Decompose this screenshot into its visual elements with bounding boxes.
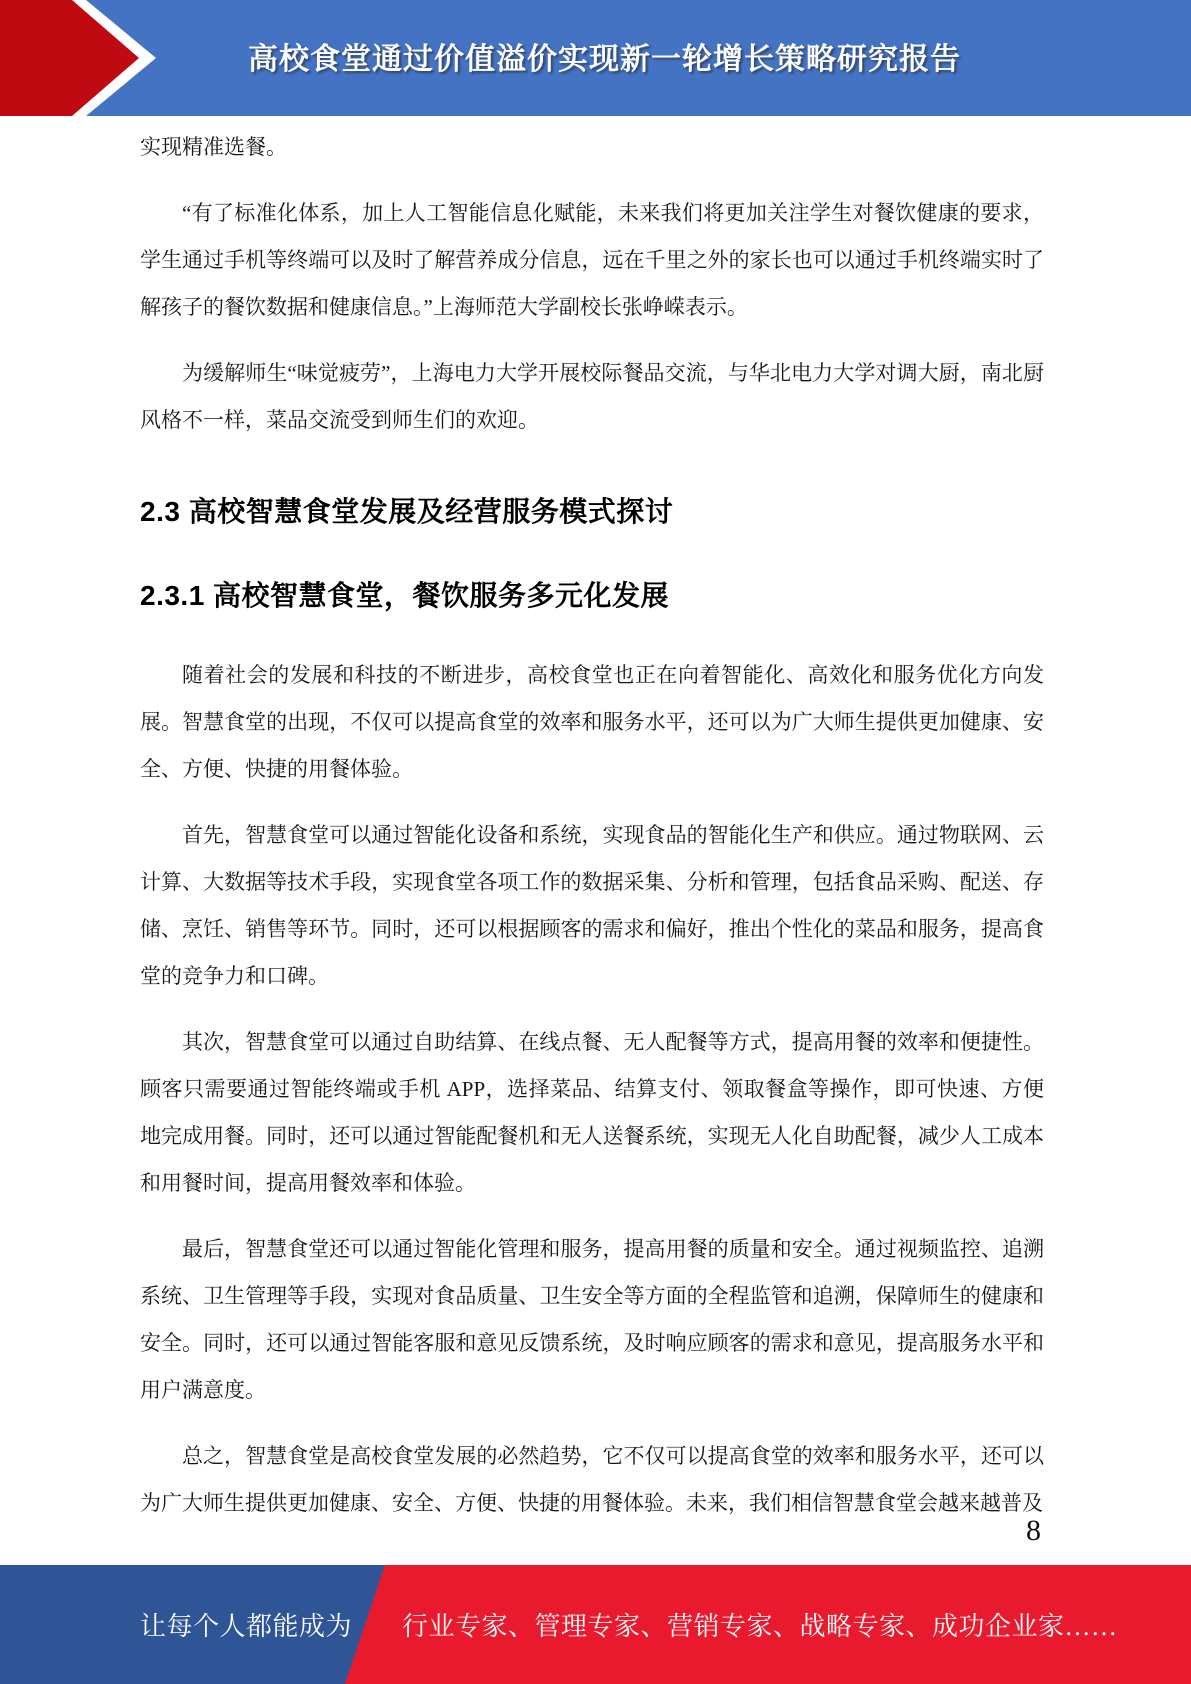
body-paragraph: 实现精准选餐。 — [140, 124, 1044, 171]
report-title: 高校食堂通过价值溢价实现新一轮增长策略研究报告 — [0, 0, 1191, 112]
body-paragraph: “有了标准化体系，加上人工智能信息化赋能，未来我们将更加关注学生对餐饮健康的要求… — [140, 190, 1044, 331]
document-body: 实现精准选餐。 “有了标准化体系，加上人工智能信息化赋能，未来我们将更加关注学生… — [140, 116, 1044, 1546]
footer-slogan-left: 让每个人都能成为 — [0, 1565, 352, 1684]
report-page: 高校食堂通过价值溢价实现新一轮增长策略研究报告 实现精准选餐。 “有了标准化体系… — [0, 0, 1191, 1684]
header-banner: 高校食堂通过价值溢价实现新一轮增长策略研究报告 — [0, 0, 1191, 116]
page-number: 8 — [1026, 1514, 1041, 1548]
body-paragraph: 首先，智慧食堂可以通过智能化设备和系统，实现食品的智能化生产和供应。通过物联网、… — [140, 812, 1044, 1000]
section-heading-2-3: 2.3 高校智慧食堂发展及经营服务模式探讨 — [140, 492, 1044, 532]
body-paragraph: 总之，智慧食堂是高校食堂发展的必然趋势，它不仅可以提高食堂的效率和服务水平，还可… — [140, 1433, 1044, 1527]
body-paragraph: 随着社会的发展和科技的不断进步，高校食堂也正在向着智能化、高效化和服务优化方向发… — [140, 652, 1044, 793]
footer-banner: 让每个人都能成为 行业专家、管理专家、营销专家、战略专家、成功企业家…… — [0, 1565, 1191, 1684]
body-paragraph: 为缓解师生“味觉疲劳”，上海电力大学开展校际餐品交流，与华北电力大学对调大厨，南… — [140, 350, 1044, 444]
footer-slogan-right: 行业专家、管理专家、营销专家、战略专家、成功企业家…… — [402, 1565, 1118, 1684]
subsection-heading-2-3-1: 2.3.1 高校智慧食堂，餐饮服务多元化发展 — [140, 576, 1044, 616]
body-paragraph: 最后，智慧食堂还可以通过智能化管理和服务，提高用餐的质量和安全。通过视频监控、追… — [140, 1226, 1044, 1414]
body-paragraph: 其次，智慧食堂可以通过自助结算、在线点餐、无人配餐等方式，提高用餐的效率和便捷性… — [140, 1019, 1044, 1207]
